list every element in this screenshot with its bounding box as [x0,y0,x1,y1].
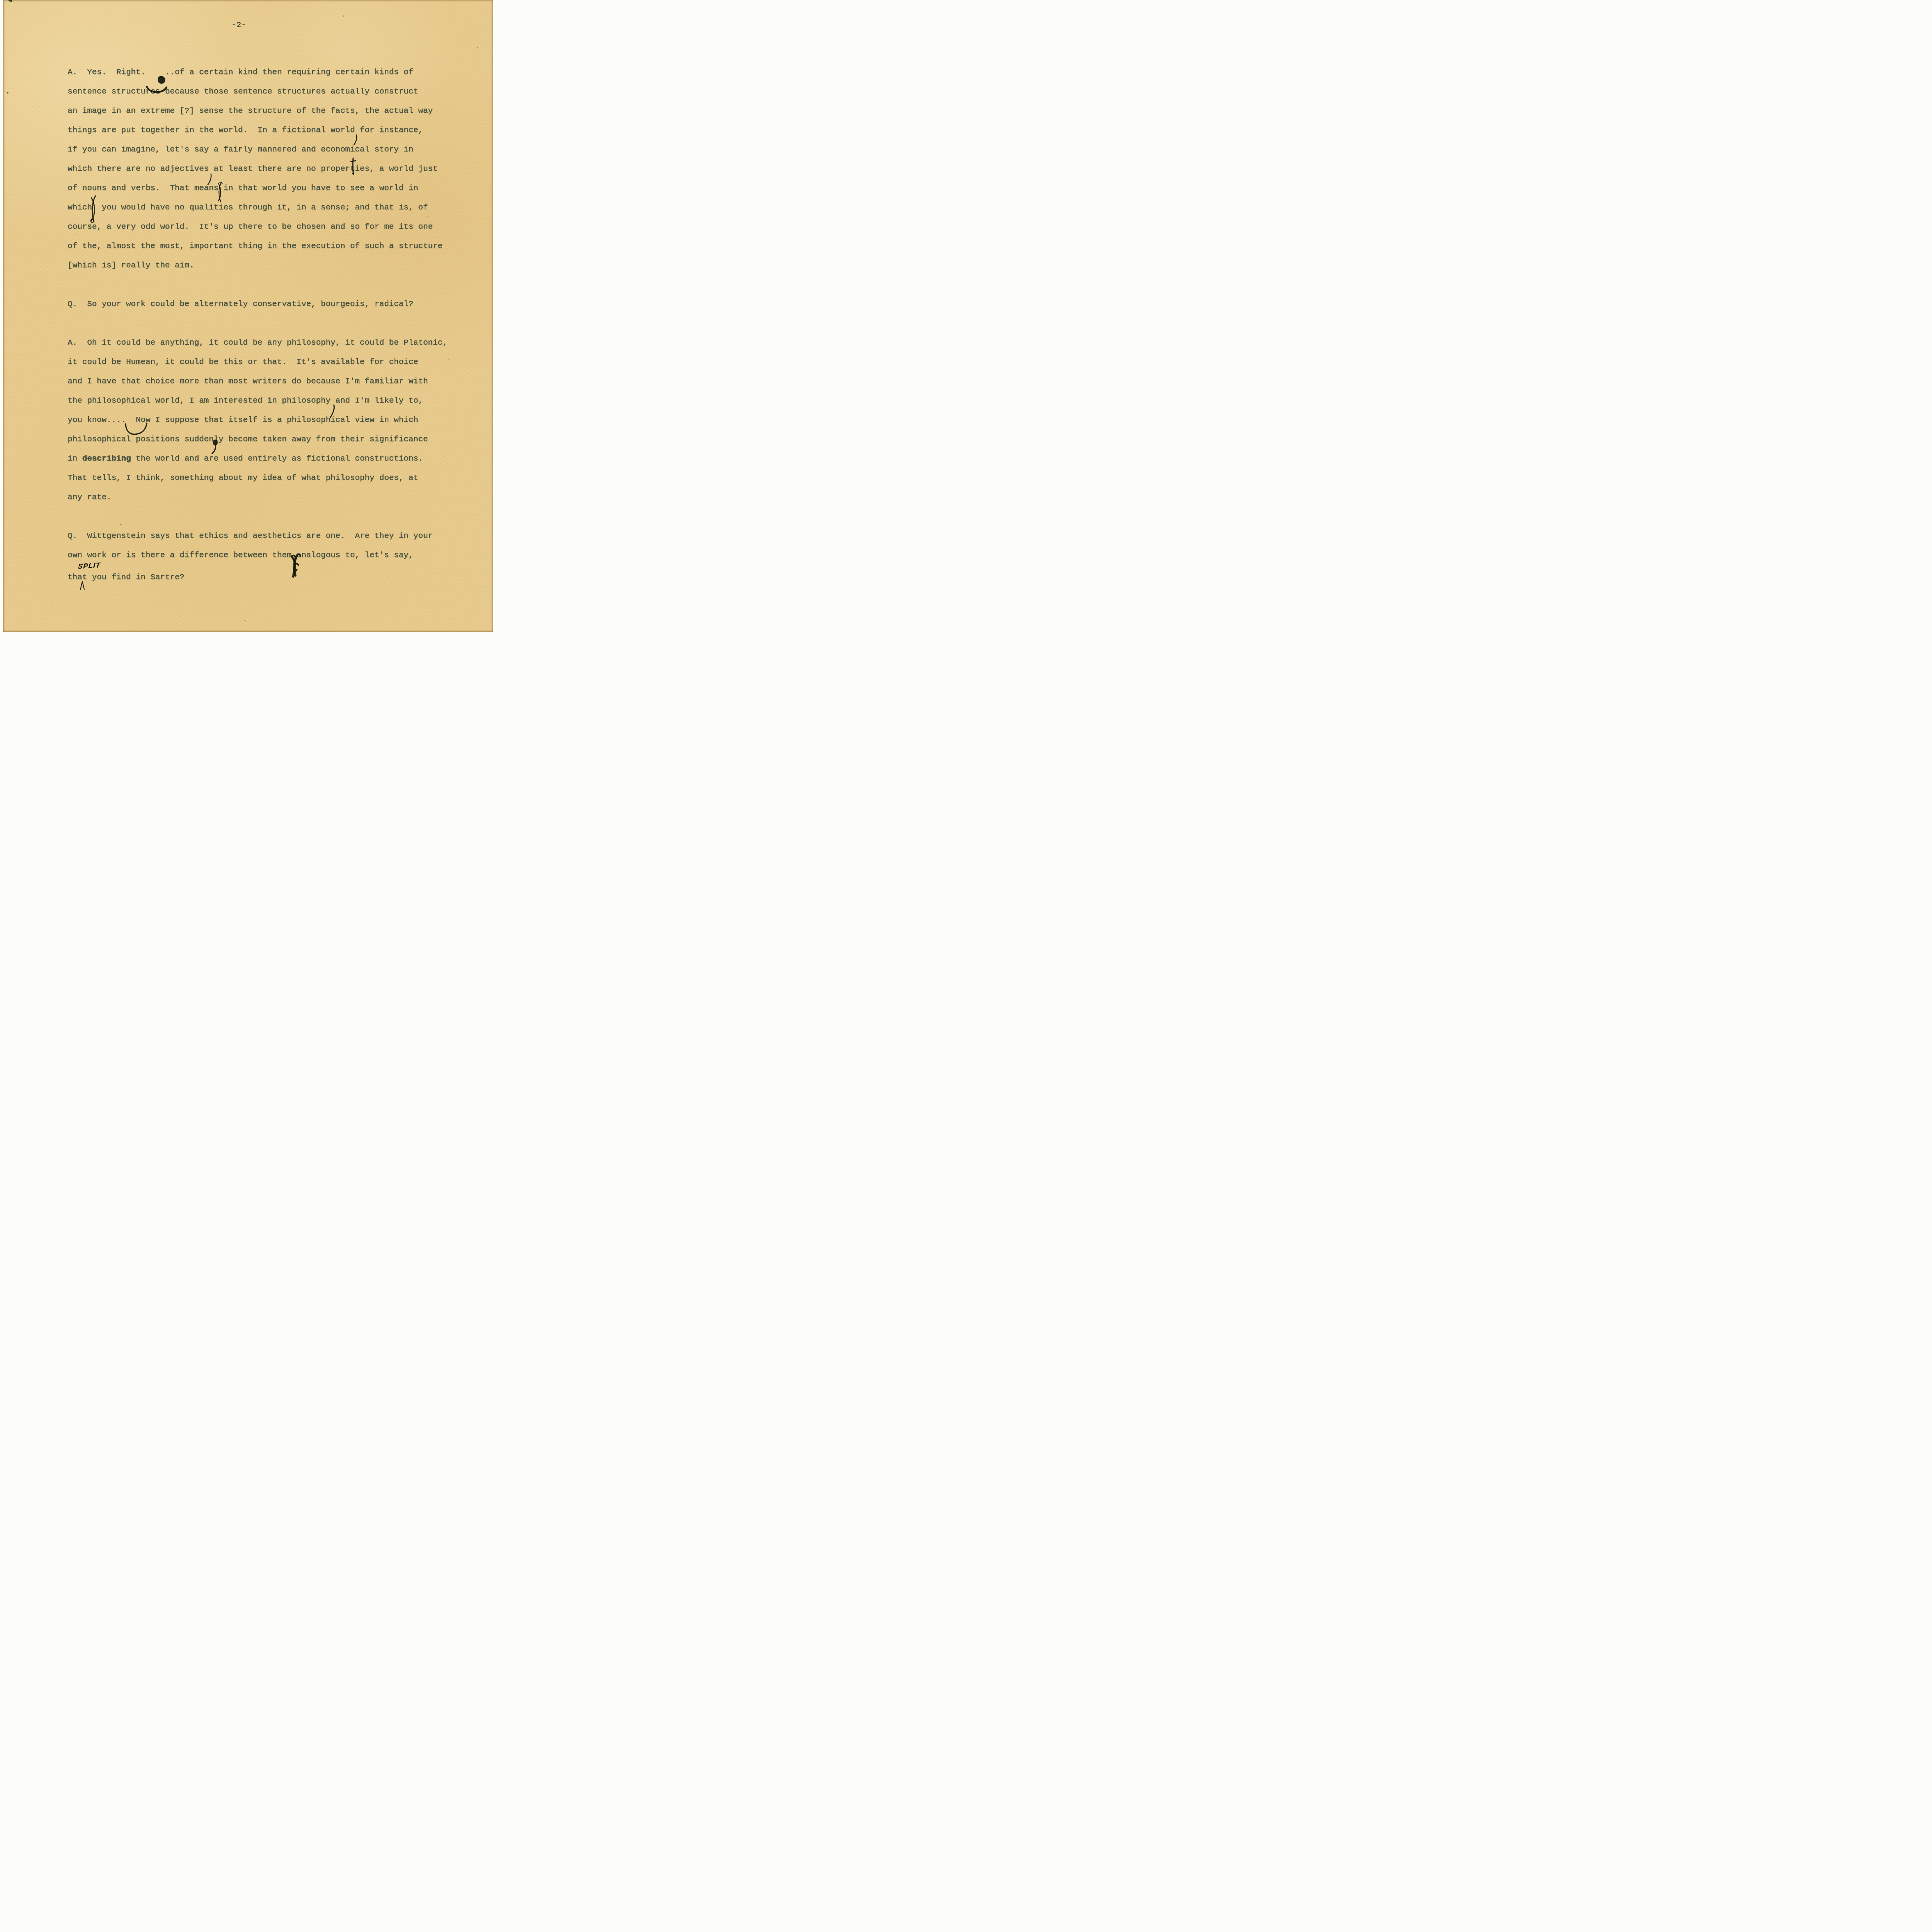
typed-line: That tells, I think, something about my … [68,474,418,482]
typed-line: the philosophical world, I am interested… [68,397,423,405]
handwritten-split-word: SPLIT [78,561,101,570]
typed-line: A. Yes. Right. ..of a certain kind then … [68,68,413,77]
ink-blob-in-suddenly-icon [211,439,219,455]
typed-line: of nouns and verbs. That means in that w… [68,184,418,192]
typed-line: and I have that choice more than most wr… [68,378,428,386]
connector-swoosh-before-now-icon [124,422,149,437]
inserted-comma-after-world-icon [353,134,358,146]
typed-line: an image in an extreme [?] sense the str… [68,107,433,115]
paper-speck [427,216,428,218]
strikeout-scribble-after-them-icon [289,553,302,579]
typed-line: own work or is there a difference betwee… [68,551,413,560]
paper-speck [477,47,478,48]
scanned-document: { "page": { "number": "-2-", "kind": "ty… [0,0,496,632]
typed-line: sentence structures because those senten… [68,88,418,96]
typed-line: course, a very odd world. It's up there … [68,223,433,231]
typed-line: it could be Humean, it could be this or … [68,358,418,366]
typed-line: you know.... Now I suppose that itself i… [68,416,418,424]
typed-line: [which is] really the aim. [68,262,194,270]
typed-line: of the, almost the most, important thing… [68,242,442,250]
typed-line: any rate. [68,493,111,502]
insertion-caret-below-that-icon [79,580,85,590]
typed-line: in describing the world and are used ent… [68,455,423,463]
typed-line: if you can imagine, let's say a fairly m… [68,146,413,154]
paper-page: -2- A. Yes. Right. ..of a certain kind t… [3,0,493,632]
paper-speck [9,0,13,2]
paper-speck [244,620,246,621]
overstruck-word: describing [82,454,131,463]
typed-line-question: Q. Wittgenstein says that ethics and aes… [68,532,433,540]
typed-line: which you would have no qualities throug… [68,204,428,212]
typed-segment: the world and are used entirely as ficti… [131,454,423,463]
ink-blob-after-right-icon [145,75,170,95]
typed-line: A. Oh it could be anything, it could be … [68,339,447,347]
paper-speck [343,15,344,17]
delete-squiggle-after-which-icon [89,195,98,224]
inserted-comma-after-adjectives-icon [207,173,213,185]
typed-line: which there are no adjectives at least t… [68,165,438,173]
delete-squiggle-after-means-icon [216,182,223,203]
paper-speck [7,92,9,94]
inserted-comma-after-philosophy-icon [330,404,336,418]
typed-line: things are put together in the world. In… [68,126,423,134]
typed-segment: in [68,454,82,463]
paper-speck [120,524,122,525]
inserted-t-in-properties-icon [350,157,357,176]
page-number: -2- [3,21,474,29]
typed-line-question: Q. So your work could be alternately con… [68,300,413,308]
paper-speck [448,359,449,360]
typed-line: philosophical positions suddenly become … [68,435,428,444]
